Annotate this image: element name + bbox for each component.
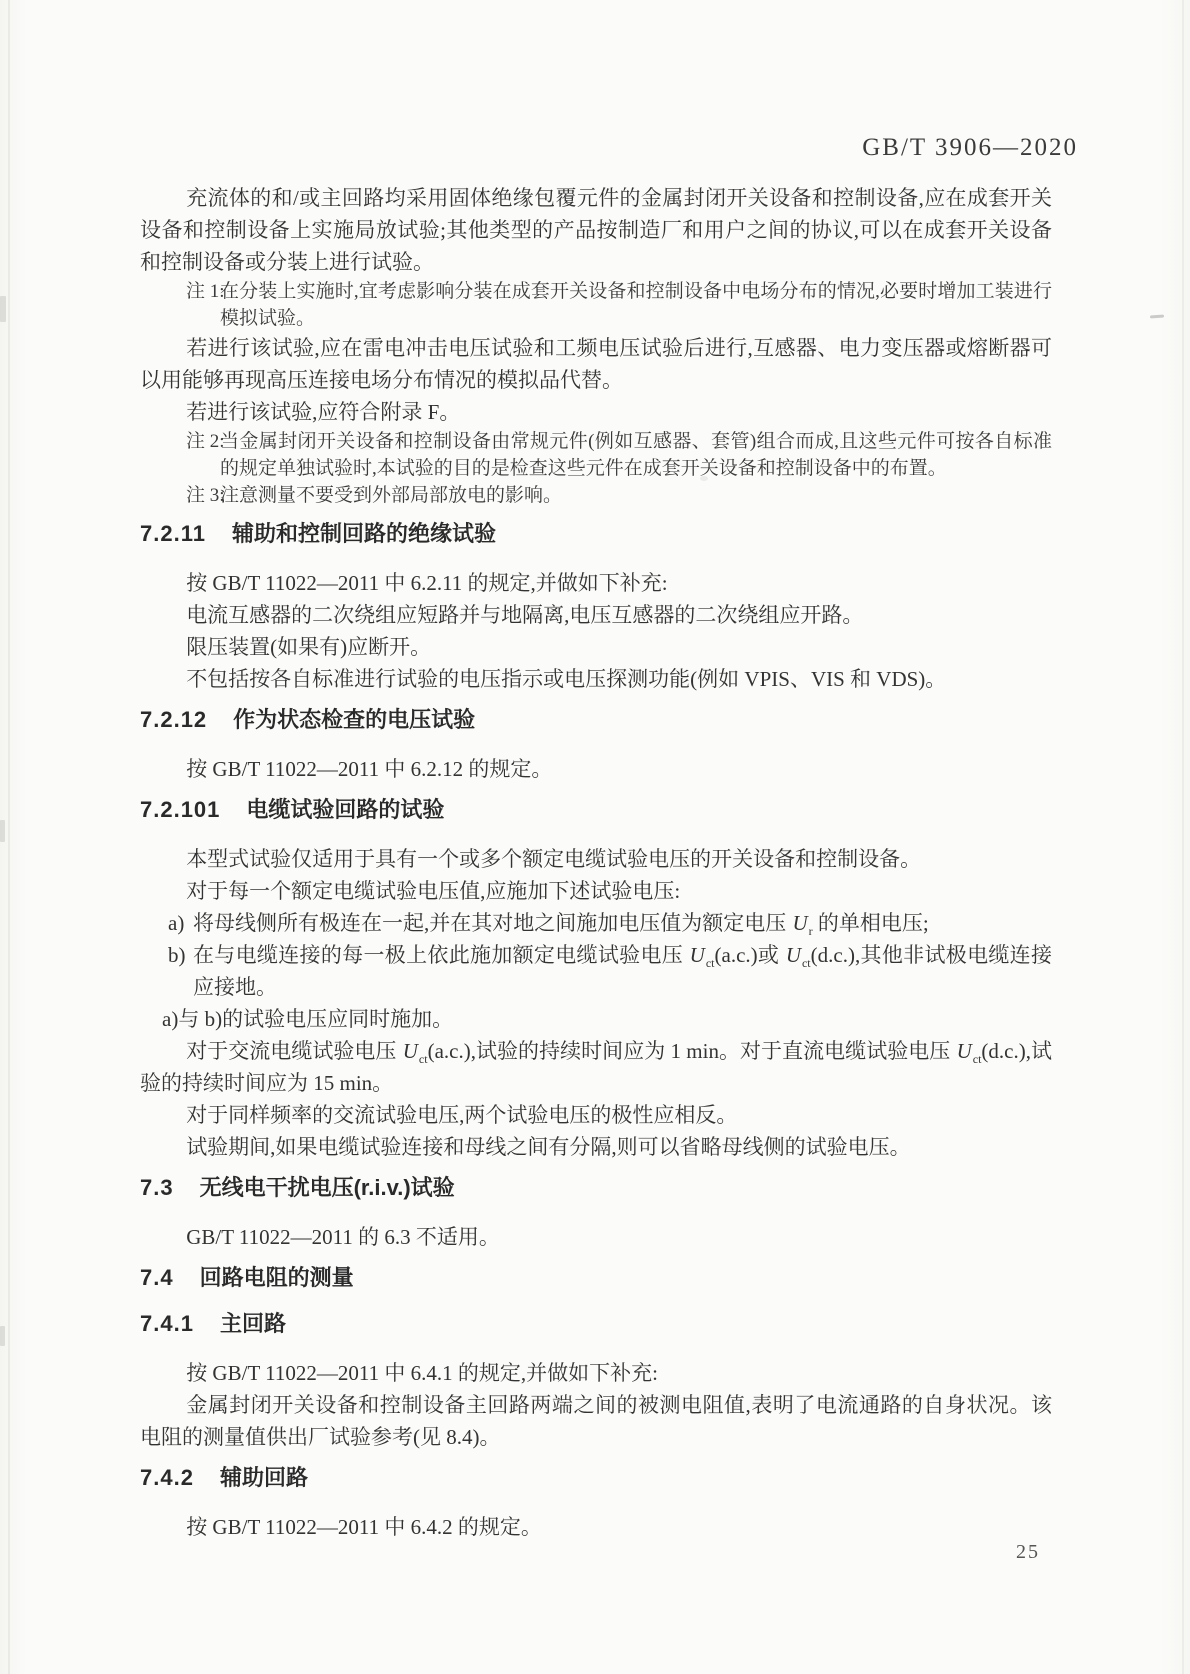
note-text: 注意测量不要受到外部局部放电的影响。 — [220, 485, 562, 506]
paragraph: 按 GB/T 11022—2011 中 6.2.12 的规定。 — [140, 753, 1052, 785]
note-label: 注 1: — [186, 278, 225, 305]
section-heading: 7.4.1主回路 — [140, 1311, 1052, 1337]
scan-edge-artifact — [8, 0, 10, 1674]
voltage-symbol: U — [785, 943, 802, 967]
section-number: 7.4 — [140, 1265, 174, 1290]
paragraph: 按 GB/T 11022—2011 中 6.4.1 的规定,并做如下补充: — [140, 1357, 1052, 1389]
paragraph: 试验期间,如果电缆试验连接和母线之间有分隔,则可以省略母线侧的试验电压。 — [140, 1131, 1052, 1163]
list-text: 在与电缆连接的每一极上依此施加额定电缆试验电压 Uct(a.c.)或 Uct(d… — [193, 943, 1052, 999]
voltage-symbol: U — [402, 1039, 419, 1063]
section-number: 7.2.12 — [140, 707, 207, 732]
section-title: 回路电阻的测量 — [200, 1265, 354, 1290]
paragraph: 对于每一个额定电缆试验电压值,应施加下述试验电压: — [140, 875, 1052, 907]
section-heading: 7.3无线电干扰电压(r.i.v.)试验 — [140, 1175, 1052, 1201]
voltage-symbol: U — [689, 943, 706, 967]
scan-artifact — [1150, 315, 1164, 319]
paragraph: 限压装置(如果有)应断开。 — [140, 631, 1052, 663]
section-title: 电缆试验回路的试验 — [246, 797, 444, 822]
section-number: 7.2.11 — [140, 521, 206, 546]
list-item: a)将母线侧所有极连在一起,并在其对地之间施加电压值为额定电压 Ur 的单相电压… — [140, 907, 1052, 939]
list-marker: a) — [168, 907, 184, 939]
section-heading: 7.4回路电阻的测量 — [140, 1265, 1052, 1291]
list-marker: b) — [168, 939, 186, 971]
note-text: 在分装上实施时,宜考虑影响分装在成套开关设备和控制设备中电场分布的情况,必要时增… — [220, 281, 1052, 329]
note: 注 1:在分装上实施时,宜考虑影响分装在成套开关设备和控制设备中电场分布的情况,… — [140, 278, 1052, 332]
voltage-symbol: U — [956, 1039, 973, 1063]
section-heading: 7.2.11辅助和控制回路的绝缘试验 — [140, 521, 1052, 547]
note-text: 当金属封闭开关设备和控制设备由常规元件(例如互感器、套管)组合而成,且这些元件可… — [220, 431, 1052, 479]
note: 注 3:注意测量不要受到外部局部放电的影响。 — [140, 482, 1052, 509]
paragraph: 不包括按各自标准进行试验的电压指示或电压探测功能(例如 VPIS、VIS 和 V… — [140, 663, 1052, 695]
paragraph: 对于同样频率的交流试验电压,两个试验电压的极性应相反。 — [140, 1099, 1052, 1131]
section-title: 辅助回路 — [220, 1465, 308, 1490]
paragraph: GB/T 11022—2011 的 6.3 不适用。 — [140, 1221, 1052, 1253]
paragraph: 充流体的和/或主回路均采用固体绝缘包覆元件的金属封闭开关设备和控制设备,应在成套… — [140, 182, 1052, 278]
paragraph: 按 GB/T 11022—2011 中 6.2.11 的规定,并做如下补充: — [140, 567, 1052, 599]
list-text: 将母线侧所有极连在一起,并在其对地之间施加电压值为额定电压 Ur 的单相电压; — [193, 911, 929, 935]
voltage-symbol: U — [792, 911, 809, 935]
section-title: 无线电干扰电压(r.i.v.)试验 — [200, 1175, 455, 1200]
section-number: 7.2.101 — [140, 797, 220, 822]
list-item: b)在与电缆连接的每一极上依此施加额定电缆试验电压 Uct(a.c.)或 Uct… — [140, 939, 1052, 1003]
scan-artifact — [0, 1326, 5, 1346]
section-heading: 7.2.101电缆试验回路的试验 — [140, 797, 1052, 823]
scan-artifact — [0, 296, 6, 322]
section-number: 7.3 — [140, 1175, 174, 1200]
paragraph: 电流互感器的二次绕组应短路并与地隔离,电压互感器的二次绕组应开路。 — [140, 599, 1052, 631]
document-body: 充流体的和/或主回路均采用固体绝缘包覆元件的金属封闭开关设备和控制设备,应在成套… — [140, 182, 1052, 1543]
paragraph: 金属封闭开关设备和控制设备主回路两端之间的被测电阻值,表明了电流通路的自身状况。… — [140, 1389, 1052, 1453]
paragraph: 若进行该试验,应符合附录 F。 — [140, 396, 1052, 428]
paragraph: 对于交流电缆试验电压 Uct(a.c.),试验的持续时间应为 1 min。对于直… — [140, 1035, 1052, 1099]
section-number: 7.4.1 — [140, 1311, 194, 1336]
document-number: GB/T 3906—2020 — [862, 134, 1078, 162]
section-number: 7.4.2 — [140, 1465, 194, 1490]
paragraph: 若进行该试验,应在雷电冲击电压试验和工频电压试验后进行,互感器、电力变压器或熔断… — [140, 332, 1052, 396]
scan-edge-artifact — [1182, 0, 1184, 1674]
document-page: GB/T 3906—2020 充流体的和/或主回路均采用固体绝缘包覆元件的金属封… — [0, 0, 1190, 1674]
section-title: 作为状态检查的电压试验 — [233, 707, 475, 732]
note: 注 2:当金属封闭开关设备和控制设备由常规元件(例如互感器、套管)组合而成,且这… — [140, 428, 1052, 482]
page-number: 25 — [1016, 1541, 1040, 1564]
section-title: 辅助和控制回路的绝缘试验 — [232, 521, 496, 546]
section-heading: 7.4.2辅助回路 — [140, 1465, 1052, 1491]
note-label: 注 3: — [186, 482, 225, 509]
section-title: 主回路 — [220, 1311, 286, 1336]
paragraph: a)与 b)的试验电压应同时施加。 — [140, 1003, 1052, 1035]
section-heading: 7.2.12作为状态检查的电压试验 — [140, 707, 1052, 733]
paragraph: 本型式试验仅适用于具有一个或多个额定电缆试验电压的开关设备和控制设备。 — [140, 843, 1052, 875]
scan-artifact — [0, 820, 5, 842]
paragraph: 按 GB/T 11022—2011 中 6.4.2 的规定。 — [140, 1511, 1052, 1543]
note-label: 注 2: — [186, 428, 225, 455]
